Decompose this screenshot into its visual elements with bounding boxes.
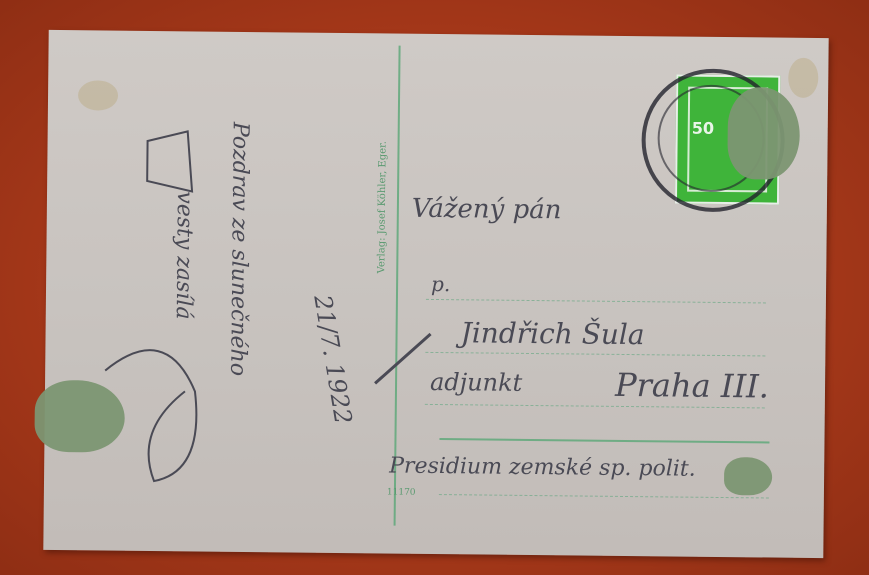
postcard: Verlag: Josef Köhler, Eger. 11170 50 ves… — [43, 30, 828, 558]
pencil-strokes — [43, 30, 828, 558]
